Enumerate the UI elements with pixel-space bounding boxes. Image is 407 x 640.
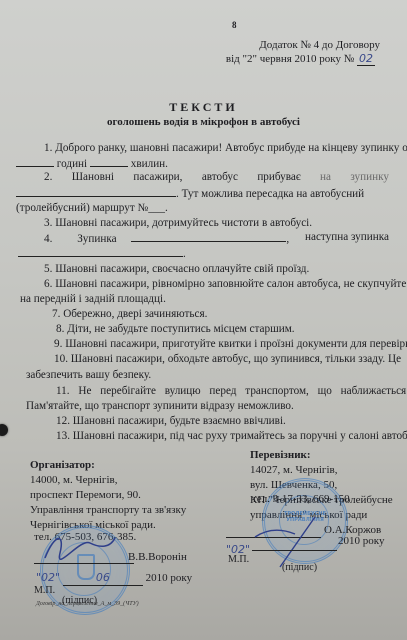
announcement-11-cont: Пам'ятайте, що транспорт зупинити відраз… (26, 399, 294, 414)
organizer-seal-label: М.П. (34, 583, 55, 598)
announcement-4-cont: . (18, 246, 186, 262)
hour-blank (16, 156, 54, 167)
current-stop-blank (131, 231, 286, 242)
carrier-date-year: 2010 року (338, 534, 384, 549)
organizer-heading: Організатор: (30, 458, 186, 473)
appendix-date: від "2" червня 2010 року № (226, 53, 354, 65)
binder-hole (0, 424, 8, 436)
carrier-date-line (252, 550, 337, 551)
announcement-4: 4. Зупинка , (44, 231, 289, 247)
carrier-phone: тел. 3-17-33, 669-150 (252, 492, 350, 507)
announcement-10: 10. Шановні пасажири, обходьте автобус, … (54, 352, 401, 367)
page-number: 8 (232, 20, 237, 30)
appendix-number: 02 (357, 52, 375, 66)
announcement-5: 5. Шановні пасажири, своєчасно оплачуйте… (44, 262, 309, 277)
next-stop-blank (18, 246, 183, 257)
organizer-signatory: В.В.Воронін (128, 550, 187, 565)
announcement-11: 11. Не перебігайте вулицю перед транспор… (56, 384, 407, 399)
appendix-line-2: від "2" червня 2010 року № 02 (226, 52, 375, 66)
document-page: 8 Додаток № 4 до Договору від "2" червня… (0, 0, 407, 640)
carrier-heading: Перевізник: (250, 448, 393, 463)
announcement-7: 7. Обережно, двері зачиняються. (52, 307, 207, 322)
announcement-2-cont2: (тролейбусний) маршрут №___. (16, 201, 168, 216)
announcement-6-cont: на передній і задній площадці. (20, 292, 166, 307)
organizer-signature-icon (40, 528, 120, 568)
announcement-1: 1. Доброго ранку, шановні пасажири! Авто… (44, 141, 407, 156)
announcement-9: 9. Шановні пасажири, приготуйте квитки і… (54, 337, 407, 352)
announcement-10-cont: забезпечить вашу безпеку. (26, 368, 151, 383)
announcement-8: 8. Діти, не забудьте поступитись місцем … (56, 322, 295, 337)
footer-note: Договір_на_перевезення_А_м_39_(ЧТУ) (36, 601, 139, 607)
announcement-13: 13. Шановні пасажири, під час руху трима… (56, 429, 407, 444)
document-subtitle: оголошень водія в мікрофон в автобусі (0, 116, 407, 128)
document-title: ТЕКСТИ (0, 100, 407, 115)
minute-blank (90, 156, 128, 167)
organizer-block: Організатор: 14000, м. Чернігів, проспек… (30, 458, 186, 533)
organizer-date: "02" 06 2010 року (36, 570, 192, 586)
carrier-seal-label: М.П. (228, 552, 249, 567)
stop-blank (16, 186, 176, 197)
carrier-signature-label: (підпис) (282, 560, 317, 575)
announcement-2-cont: . Тут можлива пересадка на автобусний (16, 186, 364, 202)
announcement-3: 3. Шановні пасажири, дотримуйтесь чистот… (44, 216, 312, 231)
next-stop-label: наступна зупинка (305, 230, 389, 245)
announcement-2: 2. Шановні пасажири, автобус прибуває на… (44, 170, 389, 185)
announcement-12: 12. Шановні пасажири, будьте взаємно вві… (56, 414, 286, 429)
appendix-line-1: Додаток № 4 до Договору (259, 38, 380, 52)
announcement-6: 6. Шановні пасажири, рівномірно заповнюй… (44, 277, 407, 292)
